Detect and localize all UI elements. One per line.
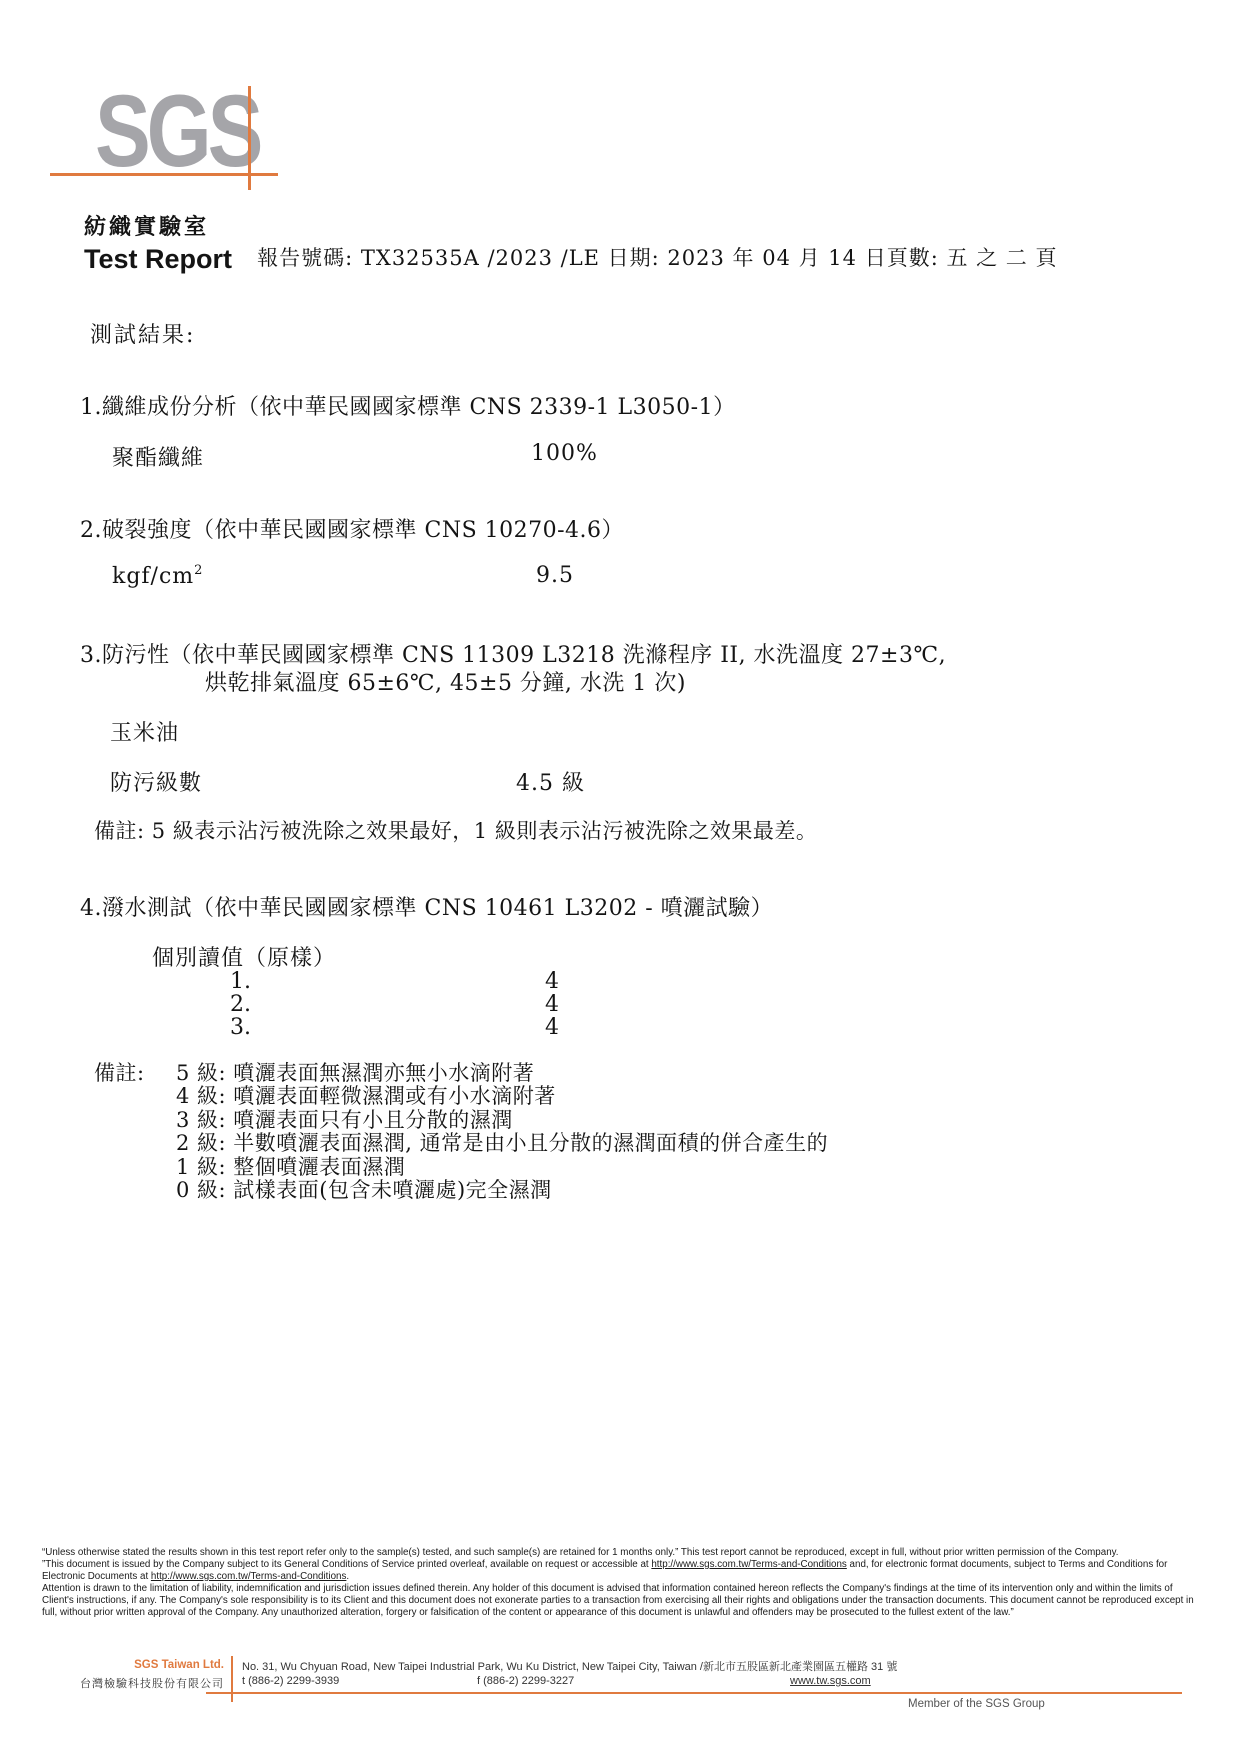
grade-note-1: 1 級: 整個噴灑表面濕潤 <box>176 1155 405 1179</box>
footer-address: No. 31, Wu Chyuan Road, New Taipei Indus… <box>242 1658 897 1674</box>
section2-row-label: kgf/cm2 <box>112 563 203 589</box>
disclaimer-text: ”This document is issued by the Company … <box>42 1559 651 1570</box>
section1-row-value: 100% <box>531 441 598 466</box>
reading-1-value: 4 <box>545 969 559 994</box>
grade-note-5: 5 級: 噴灑表面無濕潤亦無小水滴附著 <box>176 1061 534 1085</box>
section3-row-label: 防污級數 <box>110 766 202 797</box>
section1-row-label: 聚酯纖維 <box>112 441 204 472</box>
grade-note-4: 4 級: 噴灑表面輕微濕潤或有小水滴附著 <box>176 1084 556 1108</box>
logo-accent-horizontal-line <box>50 173 278 176</box>
section4-notes: 備註:5 級: 噴灑表面無濕潤亦無小水滴附著 4 級: 噴灑表面輕微濕潤或有小水… <box>94 1062 828 1202</box>
unit-text: kgf/cm <box>112 564 194 589</box>
report-title: Test Report <box>84 244 232 274</box>
grade-note-3: 3 級: 噴灑表面只有小且分散的濕潤 <box>176 1108 513 1132</box>
reading-3-no: 3. <box>230 1015 251 1040</box>
footer-company-block: SGS Taiwan Ltd. 台灣檢驗科技股份有限公司 <box>40 1659 224 1691</box>
footer-company-zh: 台灣檢驗科技股份有限公司 <box>40 1675 224 1691</box>
reading-2-no: 2. <box>230 992 251 1017</box>
reading-2-value: 4 <box>545 992 559 1017</box>
grade-note-line: 備註:5 級: 噴灑表面無濕潤亦無小水滴附著 <box>94 1062 828 1085</box>
unit-superscript: 2 <box>194 563 203 578</box>
footer-member-text: Member of the SGS Group <box>908 1698 1045 1710</box>
grade-note-line: 0 級: 試樣表面(包含未噴灑處)完全濕潤 <box>94 1179 828 1202</box>
reading-3-value: 4 <box>545 1015 559 1040</box>
disclaimer-paragraph-3: Attention is drawn to the limitation of … <box>42 1583 1202 1619</box>
section3-title-line1: 3.防污性（依中華民國國家標準 CNS 11309 L3218 洗滌程序 II,… <box>80 638 946 669</box>
section4-readings-label: 個別讀值（原樣） <box>152 941 336 972</box>
grade-note-line: 4 級: 噴灑表面輕微濕潤或有小水滴附著 <box>94 1085 828 1108</box>
footer-website-link[interactable]: www.tw.sgs.com <box>790 1675 871 1687</box>
footer-accent-line <box>206 1692 1182 1694</box>
legal-disclaimer: “Unless otherwise stated the results sho… <box>42 1547 1202 1618</box>
lab-name: 紡織實驗室 <box>84 210 209 241</box>
footer-company-en: SGS Taiwan Ltd. <box>40 1659 224 1671</box>
section4-title: 4.潑水測試（依中華民國國家標準 CNS 10461 L3202 - 噴灑試驗） <box>80 891 773 922</box>
grade-note-line: 1 級: 整個噴灑表面濕潤 <box>94 1156 828 1179</box>
grade-note-2: 2 級: 半數噴灑表面濕潤, 通常是由小且分散的濕潤面積的併合產生的 <box>176 1131 828 1155</box>
disclaimer-paragraph-2: ”This document is issued by the Company … <box>42 1559 1202 1583</box>
report-title-row: Test Report 報告號碼: TX32535A /2023 /LE 日期:… <box>84 242 1057 275</box>
reading-1-no: 1. <box>230 969 251 994</box>
section2-title: 2.破裂強度（依中華民國國家標準 CNS 10270-4.6） <box>80 513 624 544</box>
disclaimer-paragraph-1: “Unless otherwise stated the results sho… <box>42 1547 1202 1559</box>
section3-row-value: 4.5 級 <box>516 766 585 797</box>
results-heading: 測試結果: <box>90 318 195 349</box>
footer-telephone: t (886-2) 2299-3939 <box>242 1675 339 1687</box>
terms-link-1[interactable]: http://www.sgs.com.tw/Terms-and-Conditio… <box>651 1559 846 1570</box>
section3-note: 備註: 5 級表示沾污被洗除之效果最好，1 級則表示沾污被洗除之效果最差。 <box>94 815 817 845</box>
section2-row-value: 9.5 <box>536 563 574 588</box>
section3-title-line2: 烘乾排氣溫度 65±6℃, 45±5 分鐘, 水洗 1 次) <box>205 666 686 697</box>
section3-sample: 玉米油 <box>110 716 179 747</box>
disclaimer-text: . <box>346 1571 349 1582</box>
footer-divider-line <box>231 1656 233 1702</box>
sgs-logo: SGS <box>95 80 259 182</box>
grade-note-line: 2 級: 半數噴灑表面濕潤, 通常是由小且分散的濕潤面積的併合產生的 <box>94 1132 828 1155</box>
test-report-page: SGS 紡織實驗室 Test Report 報告號碼: TX32535A /20… <box>0 0 1240 1755</box>
footer-fax: f (886-2) 2299-3227 <box>477 1675 574 1687</box>
section1-title: 1.纖維成份分析（依中華民國國家標準 CNS 2339-1 L3050-1） <box>80 390 736 421</box>
note-label: 備註: <box>94 1062 176 1085</box>
terms-link-2[interactable]: http://www.sgs.com.tw/Terms-and-Conditio… <box>151 1571 346 1582</box>
grade-note-0: 0 級: 試樣表面(包含未噴灑處)完全濕潤 <box>176 1178 552 1202</box>
report-header-info: 報告號碼: TX32535A /2023 /LE 日期: 2023 年 04 月… <box>257 246 1057 270</box>
grade-note-line: 3 級: 噴灑表面只有小且分散的濕潤 <box>94 1109 828 1132</box>
